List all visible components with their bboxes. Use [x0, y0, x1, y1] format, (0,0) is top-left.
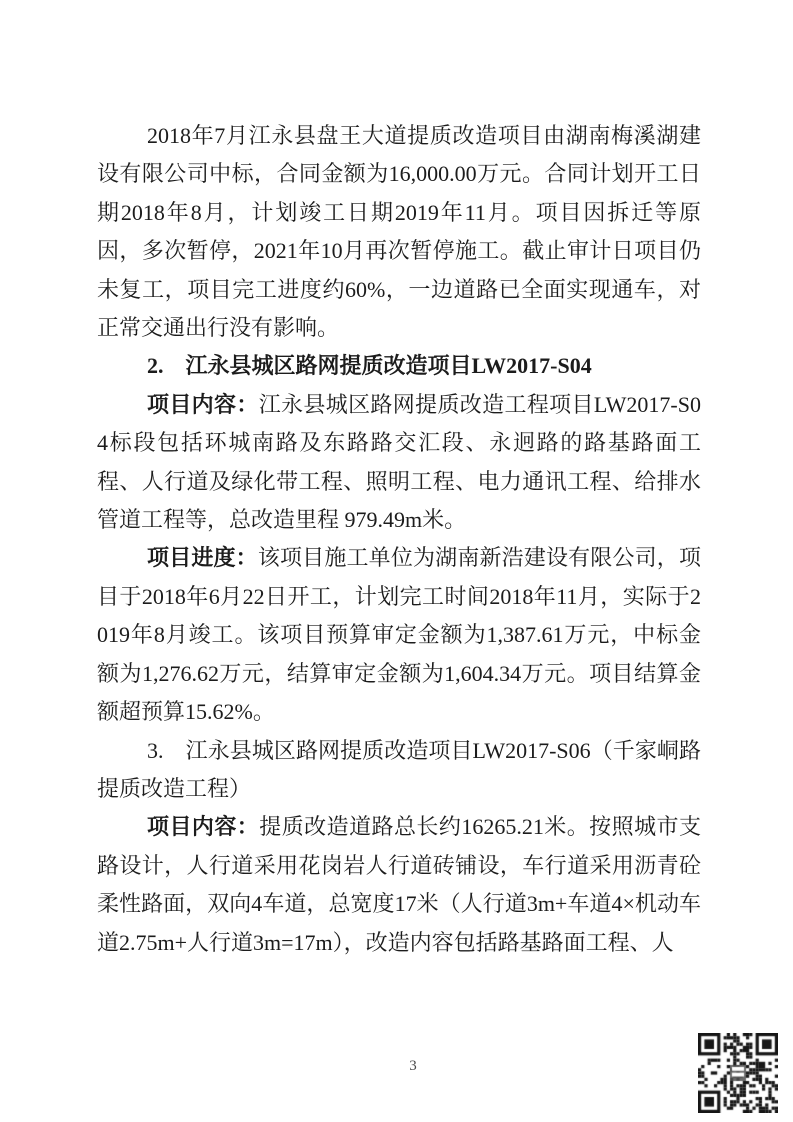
paragraph-project-progress-s04: 项目进度：该项目施工单位为湖南新浩建设有限公司，项目于2018年6月22日开工，…: [97, 539, 701, 731]
paragraph-project-content-s06: 项目内容：提质改造道路总长约16265.21米。按照城市支路设计，人行道采用花岗…: [97, 808, 701, 962]
paragraph-project-content-s04: 项目内容：江永县城区路网提质改造工程项目LW2017-S04标段包括环城南路及东…: [97, 386, 701, 540]
qr-code-image: [698, 1033, 778, 1113]
document-page: 2018年7月江永县盘王大道提质改造项目由湖南梅溪湖建设有限公司中标，合同金额为…: [0, 0, 793, 1122]
document-body: 2018年7月江永县盘王大道提质改造项目由湖南梅溪湖建设有限公司中标，合同金额为…: [97, 117, 701, 962]
label-project-progress: 项目进度：: [147, 545, 258, 570]
heading-project-lw2017-s04: 2. 江永县城区路网提质改造项目LW2017-S04: [97, 347, 701, 385]
label-project-content-2: 项目内容：: [147, 814, 259, 839]
heading-project-lw2017-s06: 3. 江永县城区路网提质改造项目LW2017-S06（千家峒路提质改造工程）: [97, 732, 701, 809]
label-project-content: 项目内容：: [147, 392, 259, 417]
page-number: 3: [398, 1058, 428, 1075]
text-project-progress-s04: 该项目施工单位为湖南新浩建设有限公司，项目于2018年6月22日开工，计划完工时…: [97, 545, 701, 724]
paragraph-pangwang-dadao-progress: 2018年7月江永县盘王大道提质改造项目由湖南梅溪湖建设有限公司中标，合同金额为…: [97, 117, 701, 347]
